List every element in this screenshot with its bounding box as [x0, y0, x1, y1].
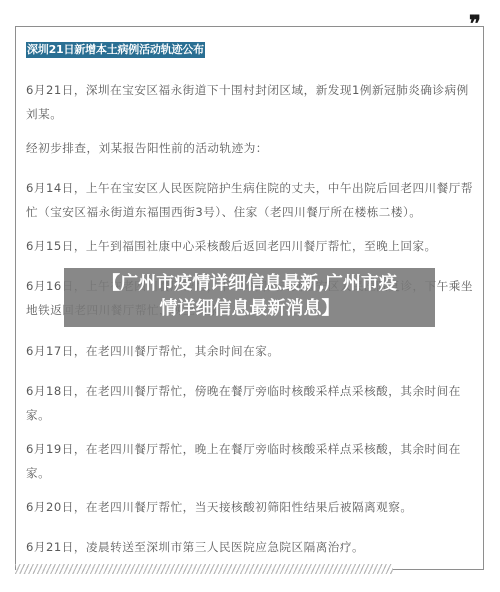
paragraph-jun20: 6月20日，在老四川餐厅帮忙，当天接核酸初筛阳性结果后被隔离观察。: [26, 495, 476, 519]
hatch-decoration: [15, 564, 393, 574]
paragraph-jun17: 6月17日，在老四川餐厅帮忙，其余时间在家。: [26, 339, 476, 363]
headline-container: 深圳21日新增本土病例活动轨迹公布: [26, 38, 476, 58]
paragraph-jun18: 6月18日，在老四川餐厅帮忙，傍晚在餐厅旁临时核酸采样点采核酸，其余时间在家。: [26, 379, 476, 427]
paragraph-jun15: 6月15日，上午到福围社康中心采核酸后返回老四川餐厅帮忙，至晚上回家。: [26, 234, 476, 258]
paragraph-intro: 6月21日，深圳在宝安区福永街道下十围村封闭区域，新发现1例新冠肺炎确诊病例刘某…: [26, 78, 476, 126]
overlay-title-line1: 【广州市疫情详细信息最新,广州市疫: [64, 271, 435, 296]
closing-quote-icon: ❞: [469, 13, 478, 35]
title-overlay-banner: 【广州市疫情详细信息最新,广州市疫 情详细信息最新消息】: [64, 268, 435, 327]
overlay-title-line2: 情详细信息最新消息】: [64, 296, 435, 321]
paragraph-jun21: 6月21日，凌晨转送至深圳市第三人民医院应急院区隔离治疗。: [26, 535, 476, 559]
paragraph-trace-intro: 经初步排查，刘某报告阳性前的活动轨迹为：: [26, 136, 476, 160]
paragraph-jun14: 6月14日，上午在宝安区人民医院陪护生病住院的丈夫，中午出院后回老四川餐厅帮忙（…: [26, 176, 476, 224]
article-headline: 深圳21日新增本土病例活动轨迹公布: [26, 42, 205, 58]
paragraph-jun19: 6月19日，在老四川餐厅帮忙，晚上在餐厅旁临时核酸采样点采核酸，其余时间在家。: [26, 437, 476, 485]
